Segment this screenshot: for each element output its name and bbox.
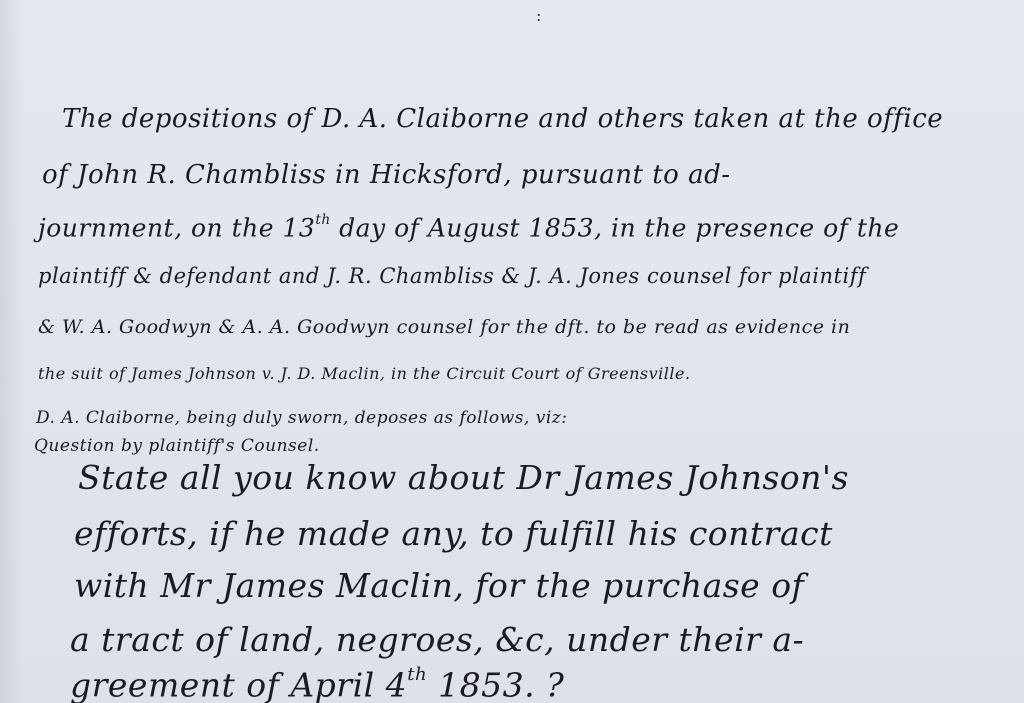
heading-line-1: The depositions of D. A. Claiborne and o…	[62, 104, 943, 134]
question-line-1: State all you know about Dr James Johnso…	[78, 458, 849, 497]
question-line-5a: greement of April 4	[70, 665, 407, 703]
ordinal-suffix: th	[315, 212, 330, 228]
question-line-4: a tract of land, negroes, &c, under thei…	[70, 620, 804, 659]
ordinal-suffix: th	[407, 664, 427, 685]
heading-line-3a: journment, on the 13	[38, 213, 315, 242]
heading-line-5: & W. A. Goodwyn & A. A. Goodwyn counsel …	[38, 316, 850, 338]
manuscript-page: : The depositions of D. A. Claiborne and…	[0, 0, 1024, 703]
question-label: Question by plaintiff's Counsel.	[34, 436, 320, 456]
heading-line-3b: day of August 1853, in the presence of t…	[331, 213, 900, 242]
top-mark: :	[536, 8, 541, 24]
question-line-3: with Mr James Maclin, for the purchase o…	[74, 566, 804, 605]
heading-line-3: journment, on the 13th day of August 185…	[38, 212, 899, 242]
question-line-5b: 1853. ?	[427, 665, 564, 703]
sworn-line: D. A. Claiborne, being duly sworn, depos…	[36, 408, 567, 428]
heading-line-6: the suit of James Johnson v. J. D. Macli…	[38, 364, 691, 383]
heading-line-2: of John R. Chambliss in Hicksford, pursu…	[42, 160, 731, 190]
question-line-2: efforts, if he made any, to fulfill his …	[74, 514, 833, 553]
page-edge-shadow	[0, 0, 24, 703]
heading-line-4: plaintiff & defendant and J. R. Chamblis…	[38, 264, 866, 288]
question-line-5: greement of April 4th 1853. ?	[70, 664, 564, 703]
